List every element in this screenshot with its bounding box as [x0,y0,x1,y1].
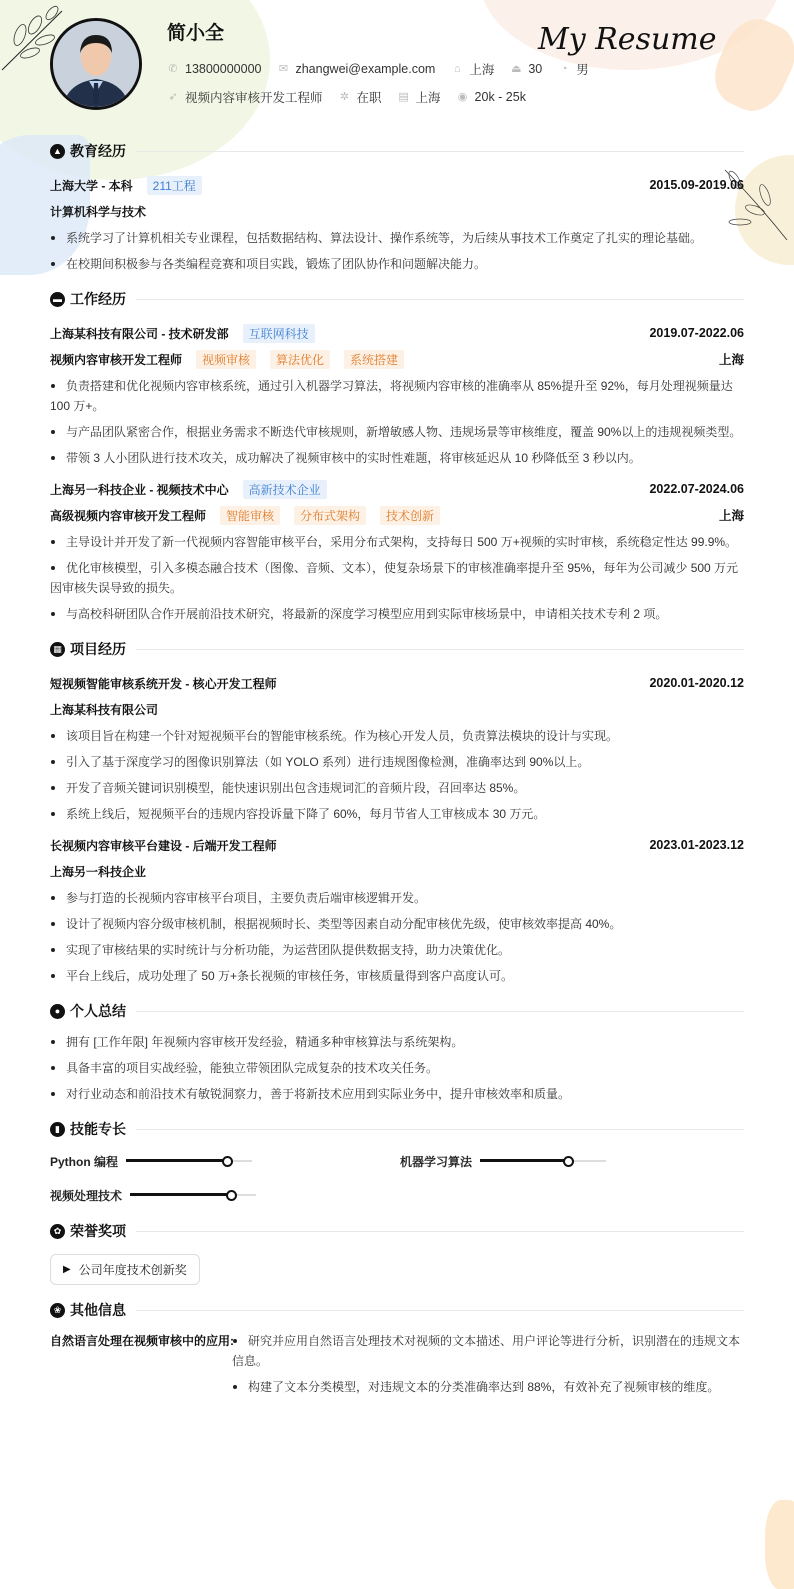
list-item: 该项目旨在构建一个针对短视频平台的智能审核系统。作为核心开发人员，负责算法模块的… [50,726,744,746]
skills-section: ▮ 技能专长 Python 编程 机器学习算法 视频处理技术 [50,1118,744,1206]
list-item: 系统上线后，短视频平台的违规内容投诉量下降了 60%，每月节省人工审核成本 30… [50,804,744,824]
other-section: ❀ 其他信息 自然语言处理在视频审核中的应用: 研究并应用自然语言处理技术对视频… [50,1299,744,1403]
flower-icon: ❀ [50,1303,65,1318]
skill-level-bar [480,1156,606,1166]
industry-tag: 高新技术企业 [243,480,327,499]
list-item: 在校期间积极参与各类编程竞赛和项目实践，锻炼了团队协作和问题解决能力。 [50,254,744,274]
section-title: 项目经历 [70,639,126,659]
skill-label: 机器学习算法 [400,1153,472,1170]
section-title: 教育经历 [70,141,126,161]
divider [136,1129,744,1130]
list-item: 带领 3 人小团队进行技术攻关，成功解决了视频审核中的实时性难题，将审核延迟从 … [50,448,744,468]
major-name: 计算机科学与技术 [50,203,146,220]
status-icon: ✲ [339,91,351,103]
other-bullets: 研究并应用自然语言处理技术对视频的文本描述、用户评论等进行分析，识别潜在的违规文… [232,1331,744,1403]
bar-chart-icon: ▮ [50,1122,65,1137]
salary-icon: ◉ [457,91,469,103]
divider [136,1310,744,1311]
list-item: 引入了基于深度学习的图像识别算法（如 YOLO 系列）进行违规图像检测，准确率达… [50,752,744,772]
skill-tag: 系统搭建 [344,350,404,369]
job-city: 上海 [719,350,744,368]
company-name: 上海某科技有限公司 - 技术研发部 [50,325,229,342]
user-icon: ● [50,1004,65,1019]
job-bullets: 主导设计并开发了新一代视频内容智能审核平台，采用分布式架构，支持每日 500 万… [50,532,744,624]
education-bullets: 系统学习了计算机相关专业课程，包括数据结构、算法设计、操作系统等，为后续从事技术… [50,228,744,274]
project-bullets: 该项目旨在构建一个针对短视频平台的智能审核系统。作为核心开发人员，负责算法模块的… [50,726,744,824]
intent-salary: ◉20k - 25k [457,90,526,104]
section-header: ▲ 教育经历 [50,140,744,162]
contact-age: ⏏30 [510,62,542,76]
contact-email: ✉zhangwei@example.com [277,62,435,76]
skill-tag: 视频审核 [196,350,256,369]
contact-gender: ◔男 [558,60,589,78]
skill-item: Python 编程 [50,1150,400,1172]
job-city: 上海 [719,506,744,524]
award-label: 公司年度技术创新奖 [79,1261,187,1278]
project-name: 短视频智能审核系统开发 - 核心开发工程师 [50,675,277,692]
industry-tag: 互联网科技 [243,324,315,343]
gender-text: 男 [576,60,589,78]
section-header: ▦ 项目经历 [50,638,744,660]
list-item: 优化审核模型，引入多模态融合技术（图像、音频、文本），使复杂场景下的审核准确率提… [50,558,744,598]
skill-label: 视频处理技术 [50,1187,122,1204]
project-name: 长视频内容审核平台建设 - 后端开发工程师 [50,837,277,854]
project-dates: 2023.01-2023.12 [649,838,744,852]
work-section: ▬ 工作经历 上海某科技有限公司 - 技术研发部互联网科技 2019.07-20… [50,288,744,624]
role-row: 高级视频内容审核开发工程师 智能审核 分布式架构 技术创新 上海 [50,502,744,528]
intent-city: ▤上海 [398,88,441,106]
major-row: 计算机科学与技术 [50,198,744,224]
age-icon: ⏏ [510,63,522,75]
mail-icon: ✉ [277,63,289,75]
skill-tag: 技术创新 [380,506,440,525]
company-name: 上海另一科技企业 - 视频技术中心 [50,481,229,498]
award-icon: ✿ [50,1224,65,1239]
other-label: 自然语言处理在视频审核中的应用: [50,1331,232,1403]
city-text: 上海 [416,88,441,106]
list-item: 负责搭建和优化视频内容审核系统，通过引入机器学习算法，将视频内容审核的准确率从 … [50,376,744,416]
section-title: 其他信息 [70,1300,126,1320]
building-icon: ▤ [398,91,410,103]
section-title: 技能专长 [70,1119,126,1139]
job-dates: 2022.07-2024.06 [649,482,744,496]
intent-position: ➶视频内容审核开发工程师 [167,88,323,106]
divider [136,649,744,650]
project-row: 长视频内容审核平台建设 - 后端开发工程师 2023.01-2023.12 [50,832,744,858]
awards-section: ✿ 荣誉奖项 ▶ 公司年度技术创新奖 [50,1220,744,1285]
list-item: 参与打造的长视频内容审核平台项目，主要负责后端审核逻辑开发。 [50,888,744,908]
intent-status: ✲在职 [339,88,382,106]
avatar [50,18,142,110]
role-name: 视频内容审核开发工程师 [50,351,182,368]
project-bullets: 参与打造的长视频内容审核平台项目，主要负责后端审核逻辑开发。 设计了视频内容分级… [50,888,744,986]
skill-knob [222,1156,233,1167]
project-company: 上海某科技有限公司 [50,701,158,718]
decor-orange-corner [765,1500,794,1589]
summary-section: ● 个人总结 拥有 [工作年限] 年视频内容审核开发经验，精通多种审核算法与系统… [50,1000,744,1104]
list-item: 与高校科研团队合作开展前沿技术研究，将最新的深度学习模型应用到实际审核场景中，申… [50,604,744,624]
list-item: 与产品团队紧密合作，根据业务需求不断迭代审核规则，新增敏感人物、违规场景等审核维… [50,422,744,442]
section-title: 荣誉奖项 [70,1221,126,1241]
school-row: 上海大学 - 本科211工程 2015.09-2019.06 [50,172,744,198]
gender-icon: ◔ [558,63,570,75]
other-item: 自然语言处理在视频审核中的应用: 研究并应用自然语言处理技术对视频的文本描述、用… [50,1331,744,1403]
school-tag: 211工程 [147,176,202,195]
project-entry: 长视频内容审核平台建设 - 后端开发工程师 2023.01-2023.12 上海… [50,832,744,986]
award-chip: ▶ 公司年度技术创新奖 [50,1254,200,1285]
list-item: 拥有 [工作年限] 年视频内容审核开发经验，精通多种审核算法与系统架构。 [50,1032,744,1052]
skill-item: 视频处理技术 [50,1184,400,1206]
list-item: 实现了审核结果的实时统计与分析功能，为运营团队提供数据支持，助力决策优化。 [50,940,744,960]
education-dates: 2015.09-2019.06 [649,178,744,192]
school-name: 上海大学 - 本科 [50,177,133,194]
skill-tag: 算法优化 [270,350,330,369]
divider [136,299,744,300]
section-header: ▮ 技能专长 [50,1118,744,1140]
project-company-row: 上海某科技有限公司 [50,696,744,722]
phone-icon: ✆ [167,63,179,75]
location-text: 上海 [469,60,494,78]
education-section: ▲ 教育经历 上海大学 - 本科211工程 2015.09-2019.06 计算… [50,140,744,274]
job-bullets: 负责搭建和优化视频内容审核系统，通过引入机器学习算法，将视频内容审核的准确率从 … [50,376,744,468]
contact-location: ⌂上海 [451,60,494,78]
job-entry: 上海某科技有限公司 - 技术研发部互联网科技 2019.07-2022.06 视… [50,320,744,468]
project-company-row: 上海另一科技企业 [50,858,744,884]
section-header: ✿ 荣誉奖项 [50,1220,744,1242]
divider [136,151,744,152]
contact-phone: ✆13800000000 [167,62,261,76]
role-name: 高级视频内容审核开发工程师 [50,507,206,524]
resume-script-title: My Resume [538,22,716,57]
skill-level-bar [126,1156,252,1166]
age-text: 30 [528,62,542,76]
play-triangle-icon: ▶ [63,1264,71,1275]
salary-text: 20k - 25k [475,90,526,104]
briefcase-icon: ▬ [50,292,65,307]
role-row: 视频内容审核开发工程师 视频审核 算法优化 系统搭建 上海 [50,346,744,372]
intent-row: ➶视频内容审核开发工程师 ✲在职 ▤上海 ◉20k - 25k [167,88,536,106]
section-header: ❀ 其他信息 [50,1299,744,1321]
contact-row: ✆13800000000 ✉zhangwei@example.com ⌂上海 ⏏… [167,60,599,78]
home-icon: ⌂ [451,63,463,75]
skill-item: 机器学习算法 [400,1150,750,1172]
section-header: ▬ 工作经历 [50,288,744,310]
list-item: 构建了文本分类模型，对违规文本的分类准确率达到 88%，有效补充了视频审核的维度… [232,1377,744,1397]
list-item: 平台上线后，成功处理了 50 万+条长视频的审核任务，审核质量得到客户高度认可。 [50,966,744,986]
divider [136,1011,744,1012]
company-row: 上海另一科技企业 - 视频技术中心高新技术企业 2022.07-2024.06 [50,476,744,502]
resume-header: 简小全 My Resume ✆13800000000 ✉zhangwei@exa… [0,0,794,130]
list-item: 系统学习了计算机相关专业课程，包括数据结构、算法设计、操作系统等，为后续从事技术… [50,228,744,248]
list-item: 主导设计并开发了新一代视频内容智能审核平台，采用分布式架构，支持每日 500 万… [50,532,744,552]
list-item: 开发了音频关键词识别模型，能快速识别出包含违规词汇的音频片段，召回率达 85%。 [50,778,744,798]
list-item: 对行业动态和前沿技术有敏锐洞察力，善于将新技术应用到实际业务中，提升审核效率和质… [50,1084,744,1104]
section-title: 工作经历 [70,289,126,309]
candidate-name: 简小全 [167,18,224,45]
project-entry: 短视频智能审核系统开发 - 核心开发工程师 2020.01-2020.12 上海… [50,670,744,824]
phone-text: 13800000000 [185,62,261,76]
grid-icon: ▦ [50,642,65,657]
skill-knob [226,1190,237,1201]
send-icon: ➶ [167,91,179,103]
list-item: 研究并应用自然语言处理技术对视频的文本描述、用户评论等进行分析，识别潜在的违规文… [232,1331,744,1371]
projects-section: ▦ 项目经历 短视频智能审核系统开发 - 核心开发工程师 2020.01-202… [50,638,744,986]
skill-label: Python 编程 [50,1153,118,1170]
status-text: 在职 [357,88,382,106]
job-dates: 2019.07-2022.06 [649,326,744,340]
email-text: zhangwei@example.com [295,62,435,76]
project-dates: 2020.01-2020.12 [649,676,744,690]
job-entry: 上海另一科技企业 - 视频技术中心高新技术企业 2022.07-2024.06 … [50,476,744,624]
position-text: 视频内容审核开发工程师 [185,88,323,106]
company-row: 上海某科技有限公司 - 技术研发部互联网科技 2019.07-2022.06 [50,320,744,346]
skill-tag: 分布式架构 [294,506,366,525]
skills-grid: Python 编程 机器学习算法 视频处理技术 [50,1150,744,1206]
summary-bullets: 拥有 [工作年限] 年视频内容审核开发经验，精通多种审核算法与系统架构。 具备丰… [50,1032,744,1104]
skill-level-bar [130,1190,256,1200]
list-item: 设计了视频内容分级审核机制，根据视频时长、类型等因素自动分配审核优先级，使审核效… [50,914,744,934]
graduation-cap-icon: ▲ [50,144,65,159]
project-company: 上海另一科技企业 [50,863,146,880]
project-row: 短视频智能审核系统开发 - 核心开发工程师 2020.01-2020.12 [50,670,744,696]
section-title: 个人总结 [70,1001,126,1021]
divider [136,1231,744,1232]
skill-tag: 智能审核 [220,506,280,525]
list-item: 具备丰富的项目实战经验，能独立带领团队完成复杂的技术攻关任务。 [50,1058,744,1078]
skill-knob [563,1156,574,1167]
section-header: ● 个人总结 [50,1000,744,1022]
